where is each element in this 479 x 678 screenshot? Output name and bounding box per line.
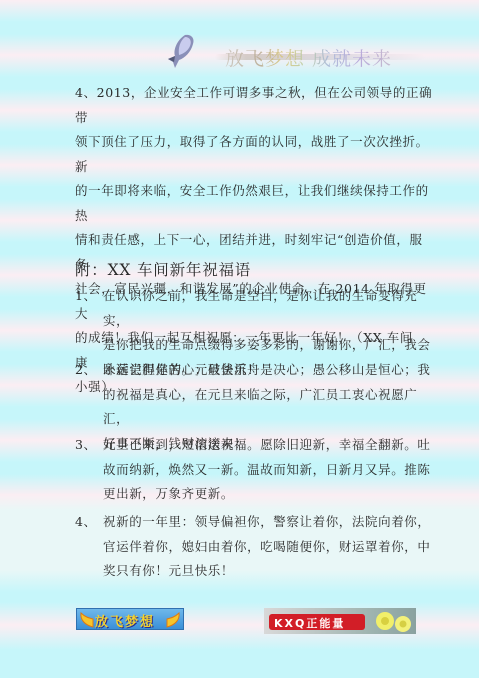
intro-line: 领下顶住了压力，取得了各方面的认同，战胜了一次次挫折。新 (75, 130, 435, 179)
wings-icon (165, 611, 181, 628)
dove-icon (165, 32, 201, 72)
item-line: 是你把我的生命点缀得多姿多彩的，谢谢你，广汇，我会 (103, 333, 433, 358)
wings-icon (79, 611, 95, 628)
item-number: 2、 (75, 358, 103, 383)
item-line: 在认识你之前，我生命是空白，是你让我的生命变得充实， (103, 284, 433, 333)
flower-icon (392, 613, 414, 635)
banner-left-label: 放飞梦想 (95, 611, 155, 630)
item-line: 奖只有你！元旦快乐！ (103, 559, 433, 584)
item-number: 1、 (75, 284, 103, 309)
item-text: 祝新的一年里：领导偏袒你，警察让着你，法院向着你， 官运伴着你，媳妇由着你，吃喝… (103, 510, 433, 584)
item-line: 卧薪尝胆是苦心；破釜沉舟是决心；愚公移山是恒心；我 (103, 358, 433, 383)
page-header: 放飞梦想 成就未来 (163, 32, 433, 78)
item-line: 官运伴着你，媳妇由着你，吃喝随便你，财运罩着你，中 (103, 535, 433, 560)
banner-right-badge: KXQ正能量 (269, 614, 365, 630)
item-number: 3、 (75, 433, 103, 458)
item-number: 4、 (75, 510, 103, 535)
banner-fly-dream: 放飞梦想 (76, 608, 184, 630)
banner-kxq: KXQ正能量 (264, 608, 416, 634)
item-line: 更出新，万象齐更新。 (103, 482, 433, 507)
header-slogan: 放飞梦想 成就未来 (225, 44, 392, 71)
item-line: 元旦已来到，短信送祝福。愿除旧迎新，幸福全翻新。吐 (103, 433, 433, 458)
item-line: 的祝福是真心，在元旦来临之际，广汇员工衷心祝愿广汇， (103, 383, 433, 432)
intro-line: 的一年即将来临，安全工作仍然艰巨，让我们继续保持工作的热 (75, 179, 435, 228)
banner-right-label: KXQ正能量 (274, 615, 345, 631)
item-line: 祝新的一年里：领导偏袒你，警察让着你，法院向着你， (103, 510, 433, 535)
item-text: 元旦已来到，短信送祝福。愿除旧迎新，幸福全翻新。吐 故而纳新，焕然又一新。温故而… (103, 433, 433, 507)
appendix-title: 附：XX 车间新年祝福语 (75, 258, 251, 280)
intro-line: 4、2013，企业安全工作可谓多事之秋，但在公司领导的正确带 (75, 81, 435, 130)
item-line: 故而纳新，焕然又一新。温故而知新，日新月又异。推陈 (103, 458, 433, 483)
